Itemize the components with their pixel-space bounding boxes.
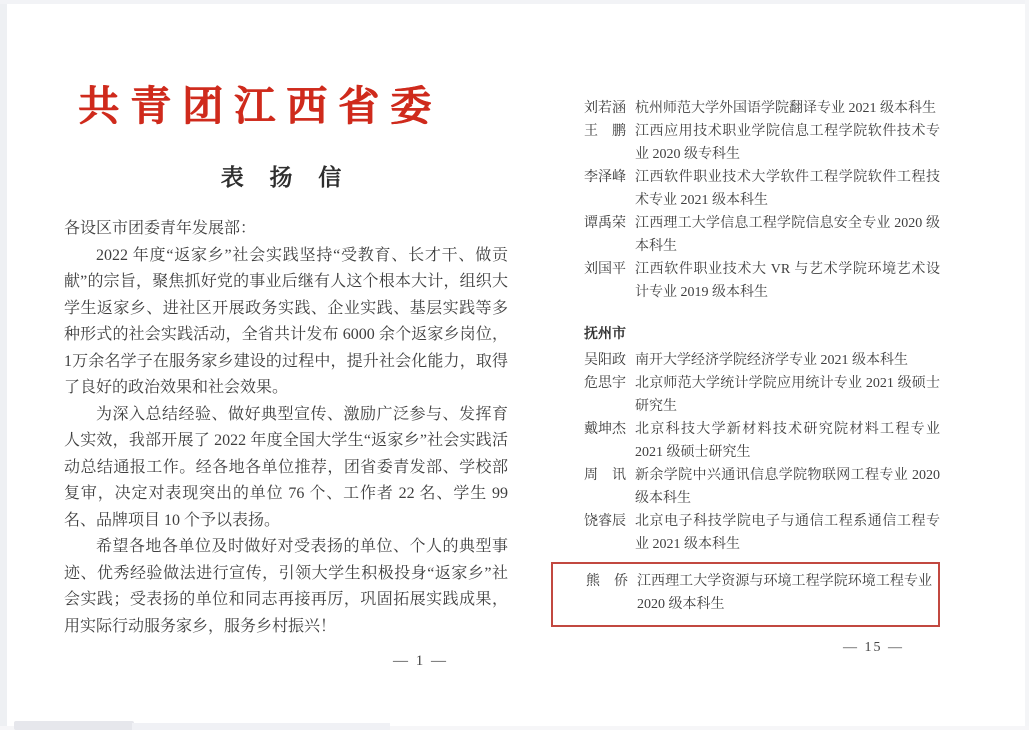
- honoree-desc: 北京科技大学新材料技术研究院材料工程专业 2021 级硕士研究生: [635, 418, 940, 464]
- page-number-15: — 15 —: [551, 636, 940, 659]
- honoree-desc: 江西理工大学资源与环境工程学院环境工程专业 2020 级本科生: [637, 570, 932, 616]
- honoree-name: 刘国平: [584, 258, 627, 304]
- honoree-desc: 新余学院中兴通讯信息学院物联网工程专业 2020 级本科生: [635, 464, 940, 510]
- city-section-header: 抚州市: [551, 323, 940, 346]
- honoree-desc: 杭州师范大学外国语学院翻译专业 2021 级本科生: [635, 97, 940, 120]
- body-paragraph: 希望各地各单位及时做好对受表扬的单位、个人的典型事迹、优秀经验做法进行宣传，引领…: [64, 534, 508, 640]
- honoree-name: 熊 侨: [586, 570, 629, 616]
- salutation: 各设区市团委青年发展部：: [64, 216, 508, 243]
- honoree-entry: 刘若涵 杭州师范大学外国语学院翻译专业 2021 级本科生: [551, 97, 940, 120]
- honoree-desc: 南开大学经济学院经济学专业 2021 级本科生: [635, 349, 940, 372]
- honoree-name: 饶睿辰: [584, 510, 627, 556]
- page-number-1: — 1 —: [64, 653, 508, 670]
- letter-page-1: 共青团江西省委 表 扬 信 各设区市团委青年发展部： 2022 年度“返家乡”社…: [64, 0, 508, 670]
- honoree-name: 李泽峰: [584, 166, 627, 212]
- honoree-list-fuzhou: 吴阳政 南开大学经济学院经济学专业 2021 级本科生 危思宇 北京师范大学统计…: [551, 349, 940, 556]
- honoree-entry: 饶睿辰 北京电子科技学院电子与通信工程系通信工程专业 2021 级本科生: [551, 510, 940, 556]
- scan-edge-right: [1025, 0, 1029, 730]
- honoree-entry: 周 讯 新余学院中兴通讯信息学院物联网工程专业 2020 级本科生: [551, 464, 940, 510]
- honoree-entry: 谭禹荣 江西理工大学信息工程学院信息安全专业 2020 级本科生: [551, 212, 940, 258]
- honoree-name: 危思宇: [584, 372, 627, 418]
- honoree-entry: 刘国平 江西软件职业技术大 VR 与艺术学院环境艺术设计专业 2019 级本科生: [551, 258, 940, 304]
- body-paragraph: 2022 年度“返家乡”社会实践坚持“受教育、长才干、做贡献”的宗旨，聚焦抓好党…: [64, 243, 508, 402]
- honoree-entry-highlighted: 熊 侨 江西理工大学资源与环境工程学院环境工程专业 2020 级本科生: [553, 570, 932, 616]
- letterhead-title: 共青团江西省委: [64, 86, 508, 127]
- scan-smudge-dark: [14, 721, 134, 730]
- honoree-entry: 危思宇 北京师范大学统计学院应用统计专业 2021 级硕士研究生: [551, 372, 940, 418]
- honoree-name: 吴阳政: [584, 349, 627, 372]
- letter-page-15: 刘若涵 杭州师范大学外国语学院翻译专业 2021 级本科生 王 鹏 江西应用技术…: [551, 0, 940, 659]
- honoree-desc: 江西应用技术职业学院信息工程学院软件技术专业 2020 级专科生: [635, 120, 940, 166]
- honoree-name: 周 讯: [584, 464, 627, 510]
- honoree-desc: 江西理工大学信息工程学院信息安全专业 2020 级本科生: [635, 212, 940, 258]
- honoree-entry: 吴阳政 南开大学经济学院经济学专业 2021 级本科生: [551, 349, 940, 372]
- honoree-desc: 江西软件职业技术大学软件工程学院软件工程技术专业 2021 级本科生: [635, 166, 940, 212]
- scan-edge-left: [0, 0, 7, 730]
- letter-body: 各设区市团委青年发展部： 2022 年度“返家乡”社会实践坚持“受教育、长才干、…: [64, 216, 508, 640]
- body-paragraph: 为深入总结经验、做好典型宣传、激励广泛参与、发挥育人实效，我部开展了 2022 …: [64, 402, 508, 535]
- honoree-name: 王 鹏: [584, 120, 627, 166]
- honoree-entry: 戴坤杰 北京科技大学新材料技术研究院材料工程专业 2021 级硕士研究生: [551, 418, 940, 464]
- honoree-entry: 王 鹏 江西应用技术职业学院信息工程学院软件技术专业 2020 级专科生: [551, 120, 940, 166]
- scan-smudge-light: [132, 723, 390, 730]
- letter-title: 表 扬 信: [64, 164, 508, 191]
- honoree-desc: 北京电子科技学院电子与通信工程系通信工程专业 2021 级本科生: [635, 510, 940, 556]
- red-highlight-box: 熊 侨 江西理工大学资源与环境工程学院环境工程专业 2020 级本科生: [551, 562, 940, 627]
- scanned-letter-document: 共青团江西省委 表 扬 信 各设区市团委青年发展部： 2022 年度“返家乡”社…: [0, 0, 1029, 730]
- honoree-name: 戴坤杰: [584, 418, 627, 464]
- honoree-name: 刘若涵: [584, 97, 627, 120]
- honoree-list: 刘若涵 杭州师范大学外国语学院翻译专业 2021 级本科生 王 鹏 江西应用技术…: [551, 97, 940, 304]
- honoree-desc: 北京师范大学统计学院应用统计专业 2021 级硕士研究生: [635, 372, 940, 418]
- honoree-name: 谭禹荣: [584, 212, 627, 258]
- honoree-entry: 李泽峰 江西软件职业技术大学软件工程学院软件工程技术专业 2021 级本科生: [551, 166, 940, 212]
- honoree-desc: 江西软件职业技术大 VR 与艺术学院环境艺术设计专业 2019 级本科生: [635, 258, 940, 304]
